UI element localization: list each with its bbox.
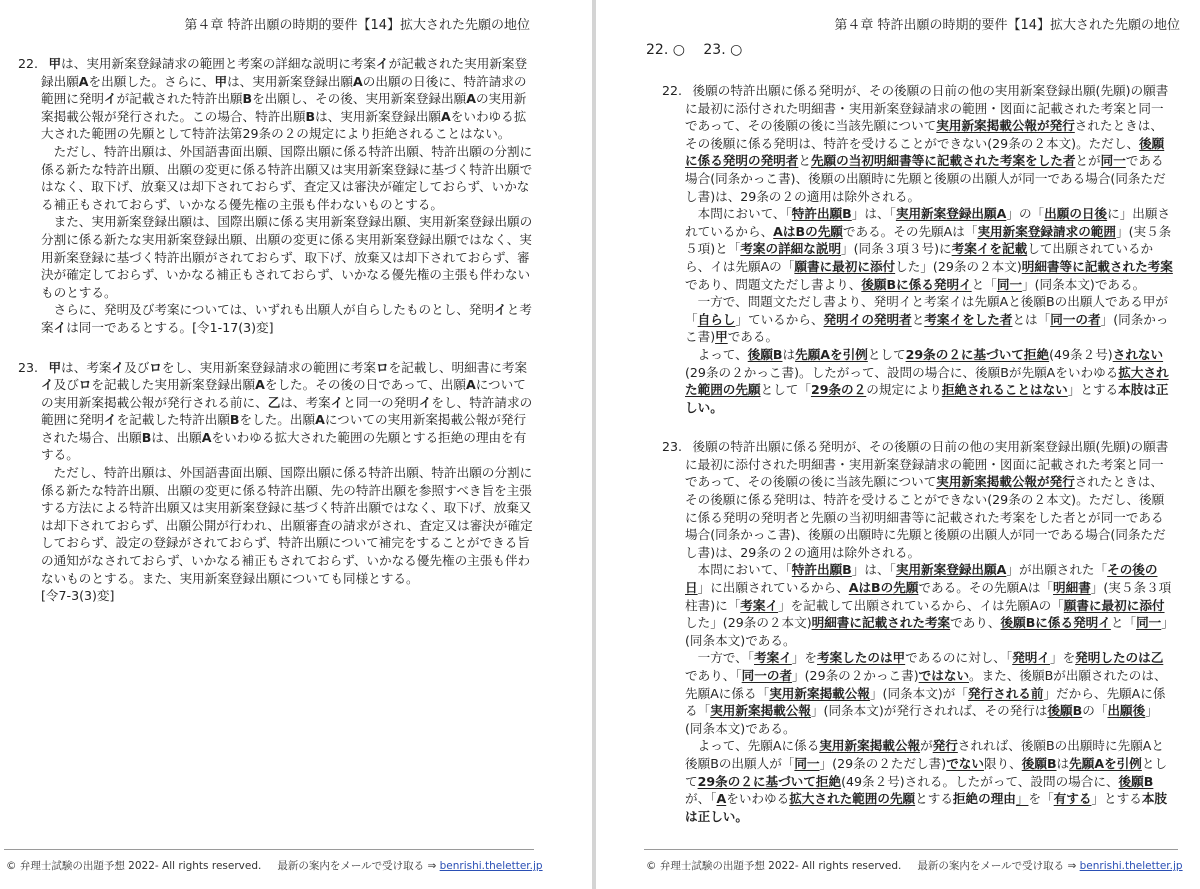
answer-key: 22. ○ 23. ○ [646,42,756,58]
footer-divider [4,849,534,850]
page-footer: © 弁理士試験の出題予想 2022- All rights reserved.最… [4,849,534,889]
paragraph: ただし、特許出願は、外国語書面出願、国際出願に係る特許出願、特許出願の分割に係る… [41,464,533,587]
paragraph: 甲は、考案イ及びロをし、実用新案登録請求の範囲に考案ロを記載し、明細書に考案イ及… [41,359,533,465]
question-list: 22. 甲は、実用新案登録請求の範囲と考案の詳細な説明に考案イが記載された実用新… [18,55,533,627]
newsletter-link[interactable]: benrishi.theletter.jp [1080,860,1183,872]
paragraph: 後願の特許出願に係る発明が、その後願の日前の他の実用新案登録出願(先願)の願書に… [685,438,1174,561]
paragraph: 本問において、「特許出願B」は、「実用新案登録出願A」が出願された「その後の日」… [685,561,1174,649]
footer-divider [644,849,1178,850]
running-header: 第４章 特許出願の時期的要件【14】拡大された先願の地位 [184,14,530,33]
explanation-23: 23. 後願の特許出願に係る発明が、その後願の日前の他の実用新案登録出願(先願)… [662,438,1174,825]
question-body: 甲は、考案イ及びロをし、実用新案登録請求の範囲に考案ロを記載し、明細書に考案イ及… [41,359,533,605]
page-footer: © 弁理士試験の出題予想 2022- All rights reserved.最… [644,849,1178,889]
paragraph: 一方で、「考案イ」を考案したのは甲であるのに対し、「発明イ」を発明したのは乙であ… [685,649,1174,737]
paragraph: よって、先願Aに係る実用新案掲載公報が発行されれば、後願Bの出願時に先願Aと後願… [685,737,1174,825]
paragraph: よって、後願Bは先願Aを引例として29条の２に基づいて拒絶(49条２号)されない… [685,346,1174,416]
newsletter-notice: 最新の案内をメールで受け取る ⇒ [917,860,1076,872]
explanation-number: 23. [662,438,682,456]
paragraph: 一方で、問題文ただし書より、発明イと考案イは先願Aと後願Bの出願人である甲が「自… [685,293,1174,346]
question-number: 23. [18,359,38,377]
copyright-text: © 弁理士試験の出題予想 2022- All rights reserved. [646,860,901,872]
paragraph: また、実用新案登録出願は、国際出願に係る実用新案登録出願、実用新案登録出願の分割… [41,213,533,301]
question-body: 甲は、実用新案登録請求の範囲と考案の詳細な説明に考案イが記載された実用新案登録出… [41,55,533,337]
right-page: 第４章 特許出願の時期的要件【14】拡大された先願の地位 22. ○ 23. ○… [596,0,1200,889]
paragraph: 甲は、実用新案登録請求の範囲と考案の詳細な説明に考案イが記載された実用新案登録出… [41,55,533,143]
newsletter-notice: 最新の案内をメールで受け取る ⇒ [277,860,436,872]
answer-23: 23. ○ [703,42,742,58]
question-22: 22. 甲は、実用新案登録請求の範囲と考案の詳細な説明に考案イが記載された実用新… [18,55,533,337]
explanation-list: 22. 後願の特許出願に係る発明が、その後願の日前の他の実用新案登録出願(先願)… [662,82,1174,847]
running-header: 第４章 特許出願の時期的要件【14】拡大された先願の地位 [834,14,1180,33]
question-23: 23. 甲は、考案イ及びロをし、実用新案登録請求の範囲に考案ロを記載し、明細書に… [18,359,533,605]
left-page: 第４章 特許出願の時期的要件【14】拡大された先願の地位 22. 甲は、実用新案… [0,0,592,889]
paragraph: [令7-3(3)変] [41,587,533,605]
explanation-number: 22. [662,82,682,100]
question-number: 22. [18,55,38,73]
paragraph: ただし、特許出願は、外国語書面出願、国際出願に係る特許出願、特許出願の分割に係る… [41,143,533,213]
explanation-body: 後願の特許出願に係る発明が、その後願の日前の他の実用新案登録出願(先願)の願書に… [685,438,1174,825]
answer-22: 22. ○ [646,42,685,58]
newsletter-link[interactable]: benrishi.theletter.jp [440,860,543,872]
explanation-22: 22. 後願の特許出願に係る発明が、その後願の日前の他の実用新案登録出願(先願)… [662,82,1174,416]
paragraph: 後願の特許出願に係る発明が、その後願の日前の他の実用新案登録出願(先願)の願書に… [685,82,1174,205]
paragraph: 本問において、「特許出願B」は、「実用新案登録出願A」の「出願の日後に」出願され… [685,205,1174,293]
paragraph: さらに、発明及び考案については、いずれも出願人が自らしたものとし、発明イと考案イ… [41,301,533,336]
copyright-text: © 弁理士試験の出題予想 2022- All rights reserved. [6,860,261,872]
explanation-body: 後願の特許出願に係る発明が、その後願の日前の他の実用新案登録出願(先願)の願書に… [685,82,1174,416]
